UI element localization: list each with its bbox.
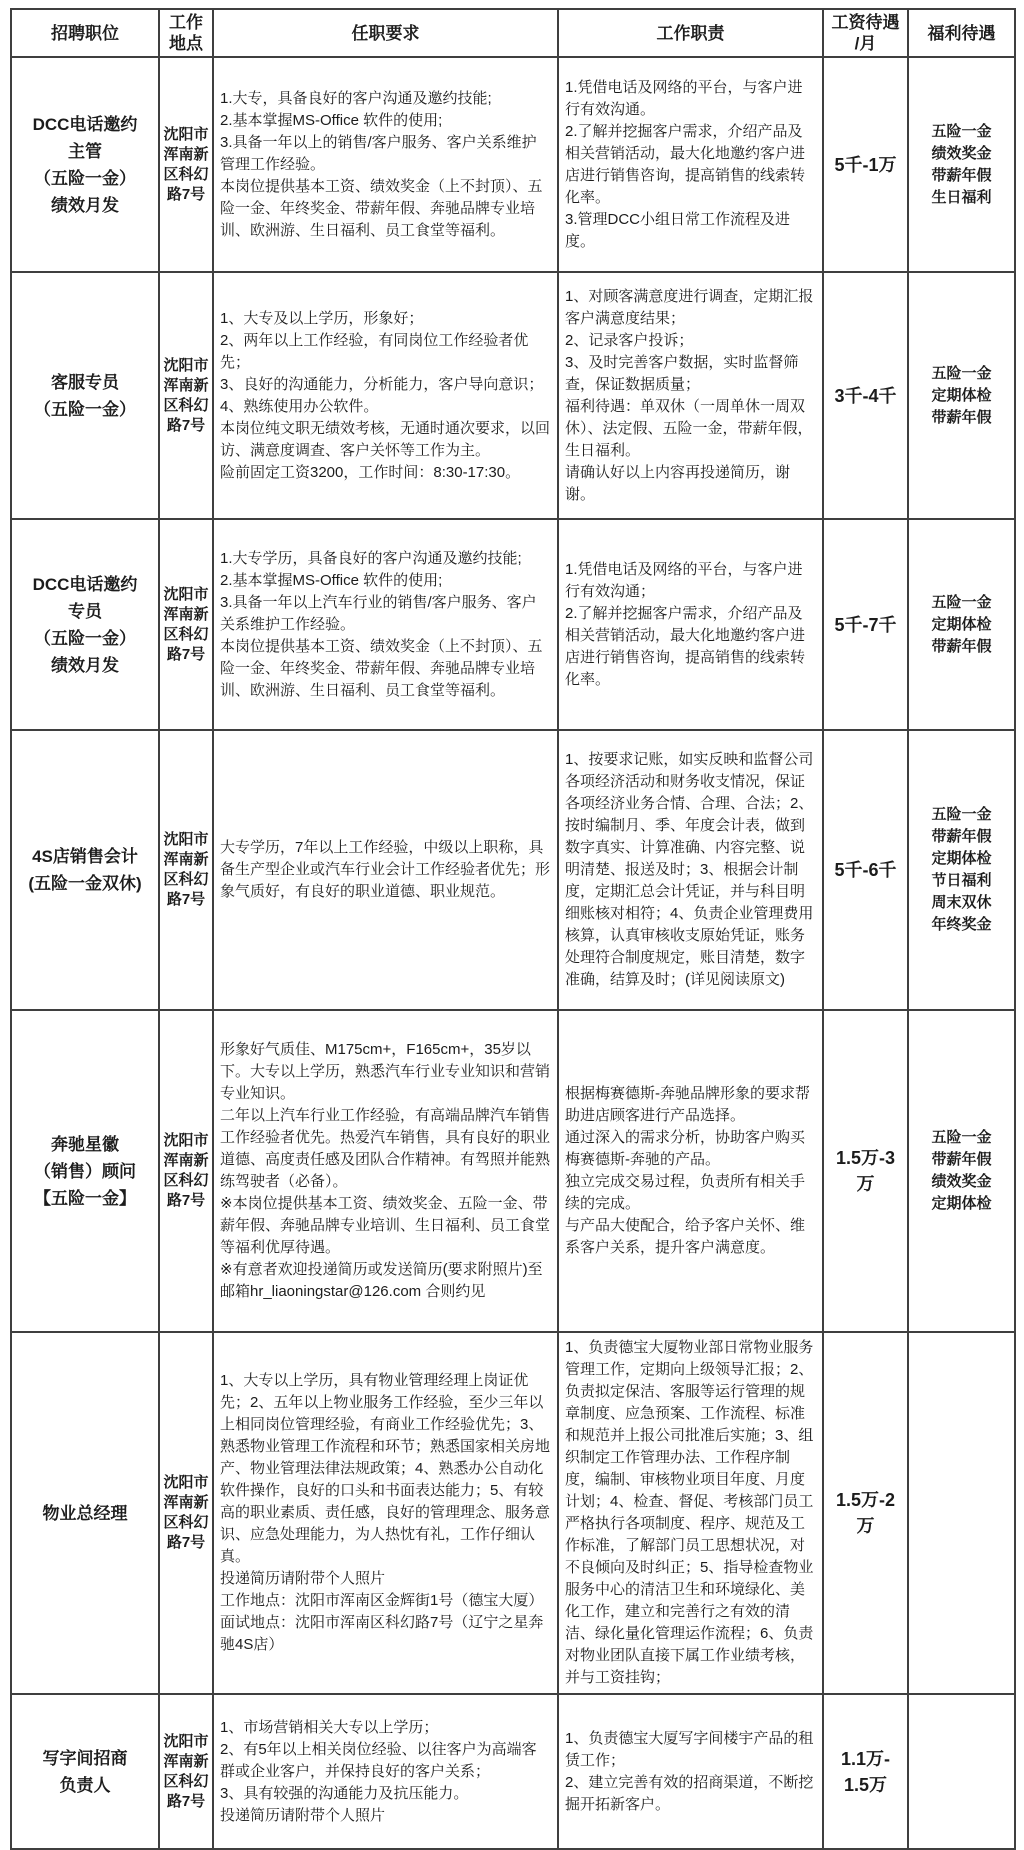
recruitment-table: 招聘职位 工作 地点 任职要求 工作职责 工资待遇 /月 福利待遇 DCC电话邀… bbox=[10, 8, 1016, 1850]
requirements-cell: 大专学历，7年以上工作经验，中级以上职称，具备生产型企业或汽车行业会计工作经验者… bbox=[213, 730, 558, 1010]
salary-cell: 5千-1万 bbox=[823, 57, 908, 272]
header-location: 工作 地点 bbox=[159, 9, 213, 57]
salary-cell: 1.1万- 1.5万 bbox=[823, 1694, 908, 1849]
header-benefits: 福利待遇 bbox=[908, 9, 1015, 57]
table-row: DCC电话邀约 专员 （五险一金） 绩效月发 沈阳市浑南新区科幻路7号 1.大专… bbox=[11, 519, 1015, 730]
position-cell: DCC电话邀约 主管 （五险一金） 绩效月发 bbox=[11, 57, 159, 272]
table-row: 写字间招商 负责人 沈阳市浑南新区科幻路7号 1、市场营销相关大专以上学历； 2… bbox=[11, 1694, 1015, 1849]
position-cell: DCC电话邀约 专员 （五险一金） 绩效月发 bbox=[11, 519, 159, 730]
benefits-cell bbox=[908, 1332, 1015, 1694]
location-cell: 沈阳市浑南新区科幻路7号 bbox=[159, 730, 213, 1010]
benefits-cell: 五险一金 带薪年假 绩效奖金 定期体检 bbox=[908, 1010, 1015, 1332]
location-cell: 沈阳市浑南新区科幻路7号 bbox=[159, 1694, 213, 1849]
header-row: 招聘职位 工作 地点 任职要求 工作职责 工资待遇 /月 福利待遇 bbox=[11, 9, 1015, 57]
responsibilities-cell: 1.凭借电话及网络的平台，与客户进行有效沟通。 2.了解并挖掘客户需求，介绍产品… bbox=[558, 57, 823, 272]
header-responsibilities: 工作职责 bbox=[558, 9, 823, 57]
location-cell: 沈阳市浑南新区科幻路7号 bbox=[159, 519, 213, 730]
responsibilities-cell: 根据梅赛德斯-奔驰品牌形象的要求帮助进店顾客进行产品选择。 通过深入的需求分析，… bbox=[558, 1010, 823, 1332]
salary-cell: 1.5万-2 万 bbox=[823, 1332, 908, 1694]
responsibilities-cell: 1、对顾客满意度进行调查，定期汇报客户满意度结果； 2、记录客户投诉； 3、及时… bbox=[558, 272, 823, 519]
position-cell: 写字间招商 负责人 bbox=[11, 1694, 159, 1849]
location-cell: 沈阳市浑南新区科幻路7号 bbox=[159, 272, 213, 519]
responsibilities-cell: 1、负责德宝大厦物业部日常物业服务管理工作，定期向上级领导汇报；2、负责拟定保洁… bbox=[558, 1332, 823, 1694]
header-salary: 工资待遇 /月 bbox=[823, 9, 908, 57]
table-row: DCC电话邀约 主管 （五险一金） 绩效月发 沈阳市浑南新区科幻路7号 1.大专… bbox=[11, 57, 1015, 272]
salary-cell: 5千-6千 bbox=[823, 730, 908, 1010]
table-row: 奔驰星徽 （销售）顾问 【五险一金】 沈阳市浑南新区科幻路7号 形象好气质佳、M… bbox=[11, 1010, 1015, 1332]
table-row: 物业总经理 沈阳市浑南新区科幻路7号 1、大专以上学历，具有物业管理经理上岗证优… bbox=[11, 1332, 1015, 1694]
benefits-cell bbox=[908, 1694, 1015, 1849]
benefits-cell: 五险一金 定期体检 带薪年假 bbox=[908, 519, 1015, 730]
requirements-cell: 1、大专以上学历，具有物业管理经理上岗证优先；2、五年以上物业服务工作经验，至少… bbox=[213, 1332, 558, 1694]
salary-cell: 3千-4千 bbox=[823, 272, 908, 519]
location-cell: 沈阳市浑南新区科幻路7号 bbox=[159, 1332, 213, 1694]
position-cell: 物业总经理 bbox=[11, 1332, 159, 1694]
responsibilities-cell: 1.凭借电话及网络的平台，与客户进行有效沟通； 2.了解并挖掘客户需求，介绍产品… bbox=[558, 519, 823, 730]
requirements-cell: 形象好气质佳、M175cm+，F165cm+，35岁以下。大专以上学历，熟悉汽车… bbox=[213, 1010, 558, 1332]
location-cell: 沈阳市浑南新区科幻路7号 bbox=[159, 1010, 213, 1332]
salary-cell: 5千-7千 bbox=[823, 519, 908, 730]
responsibilities-cell: 1、负责德宝大厦写字间楼宇产品的租赁工作； 2、建立完善有效的招商渠道，不断挖掘… bbox=[558, 1694, 823, 1849]
table-row: 客服专员 （五险一金） 沈阳市浑南新区科幻路7号 1、大专及以上学历，形象好； … bbox=[11, 272, 1015, 519]
table-row: 4S店销售会计 (五险一金双休) 沈阳市浑南新区科幻路7号 大专学历，7年以上工… bbox=[11, 730, 1015, 1010]
requirements-cell: 1、大专及以上学历，形象好； 2、两年以上工作经验，有同岗位工作经验者优先； 3… bbox=[213, 272, 558, 519]
header-position: 招聘职位 bbox=[11, 9, 159, 57]
benefits-cell: 五险一金 定期体检 带薪年假 bbox=[908, 272, 1015, 519]
requirements-cell: 1、市场营销相关大专以上学历； 2、有5年以上相关岗位经验、以往客户为高端客群或… bbox=[213, 1694, 558, 1849]
position-cell: 客服专员 （五险一金） bbox=[11, 272, 159, 519]
responsibilities-cell: 1、按要求记账，如实反映和监督公司各项经济活动和财务收支情况，保证各项经济业务合… bbox=[558, 730, 823, 1010]
requirements-cell: 1.大专学历，具备良好的客户沟通及邀约技能; 2.基本掌握MS-Office 软… bbox=[213, 519, 558, 730]
requirements-cell: 1.大专，具备良好的客户沟通及邀约技能; 2.基本掌握MS-Office 软件的… bbox=[213, 57, 558, 272]
benefits-cell: 五险一金 绩效奖金 带薪年假 生日福利 bbox=[908, 57, 1015, 272]
position-cell: 奔驰星徽 （销售）顾问 【五险一金】 bbox=[11, 1010, 159, 1332]
header-requirements: 任职要求 bbox=[213, 9, 558, 57]
benefits-cell: 五险一金 带薪年假 定期体检 节日福利 周末双休 年终奖金 bbox=[908, 730, 1015, 1010]
location-cell: 沈阳市浑南新区科幻路7号 bbox=[159, 57, 213, 272]
position-cell: 4S店销售会计 (五险一金双休) bbox=[11, 730, 159, 1010]
salary-cell: 1.5万-3 万 bbox=[823, 1010, 908, 1332]
job-listing-sheet: 招聘职位 工作 地点 任职要求 工作职责 工资待遇 /月 福利待遇 DCC电话邀… bbox=[0, 0, 1024, 1836]
